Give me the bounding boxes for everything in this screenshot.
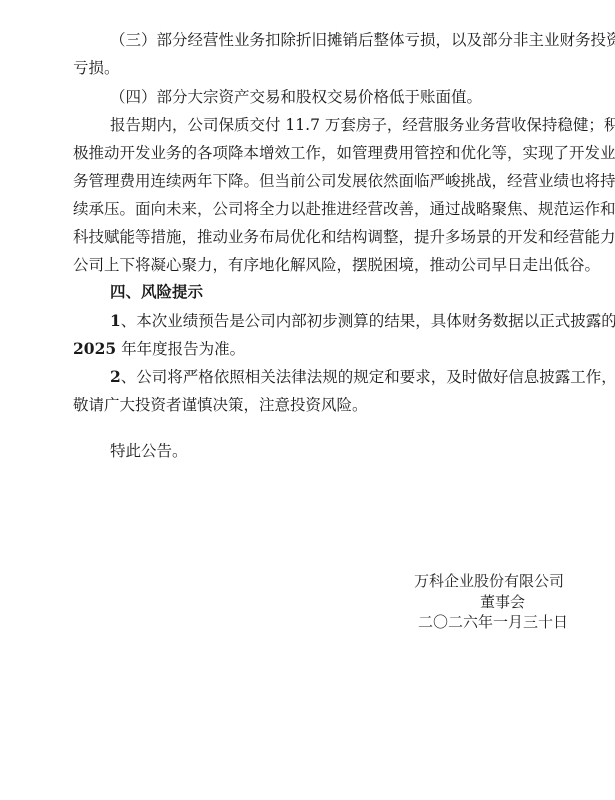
signature-board: 董事会: [480, 592, 525, 612]
paragraph-item-3-line-1: （三）部分经营性业务扣除折旧摊销后整体亏损，以及部分非主业财务投资: [110, 30, 557, 50]
risk-item-1-number: 1: [110, 311, 121, 330]
paragraph-report-line-3: 务管理费用连续两年下降。但当前公司发展依然面临严峻挑战，经营业绩也将持: [73, 171, 557, 191]
risk-item-2-line-1: 2、公司将严格依照相关法律法规的规定和要求，及时做好信息披露工作，: [110, 367, 557, 387]
closing-statement: 特此公告。: [110, 441, 557, 461]
risk-item-2-number: 2: [110, 367, 121, 386]
risk-item-2-text: 、公司将严格依照相关法律法规的规定和要求，及时做好信息披露工作，: [121, 368, 615, 386]
document-page: （三）部分经营性业务扣除折旧摊销后整体亏损，以及部分非主业财务投资 亏损。 （四…: [0, 0, 615, 800]
report-year: 2025: [73, 339, 116, 358]
section-heading-risk: 四、风险提示: [110, 282, 557, 302]
paragraph-report-line-5: 科技赋能等措施，推动业务布局优化和结构调整，提升多场景的开发和经营能力；: [73, 227, 557, 247]
risk-item-1-text-2: 年年度报告为准。: [121, 340, 245, 358]
signature-date: 二〇二六年一月三十日: [418, 612, 568, 632]
paragraph-item-4: （四）部分大宗资产交易和股权交易价格低于账面值。: [110, 87, 557, 107]
paragraph-item-3-line-2: 亏损。: [73, 58, 557, 78]
risk-item-1-line-2: 2025 年年度报告为准。: [73, 339, 557, 359]
risk-item-2-line-2: 敬请广大投资者谨慎决策，注意投资风险。: [73, 395, 557, 415]
paragraph-report-line-6: 公司上下将凝心聚力，有序地化解风险，摆脱困境，推动公司早日走出低谷。: [73, 255, 557, 275]
risk-item-1-line-1: 1、本次业绩预告是公司内部初步测算的结果，具体财务数据以正式披露的: [110, 311, 557, 331]
signature-company: 万科企业股份有限公司: [414, 571, 564, 591]
paragraph-report-line-2: 极推动开发业务的各项降本增效工作，如管理费用管控和优化等，实现了开发业: [73, 143, 557, 163]
paragraph-report-line-4: 续承压。面向未来，公司将全力以赴推进经营改善，通过战略聚焦、规范运作和: [73, 199, 557, 219]
paragraph-report-line-1: 报告期内，公司保质交付 11.7 万套房子，经营服务业务营收保持稳健；积: [110, 115, 557, 135]
risk-item-1-text: 、本次业绩预告是公司内部初步测算的结果，具体财务数据以正式披露的: [121, 312, 615, 330]
